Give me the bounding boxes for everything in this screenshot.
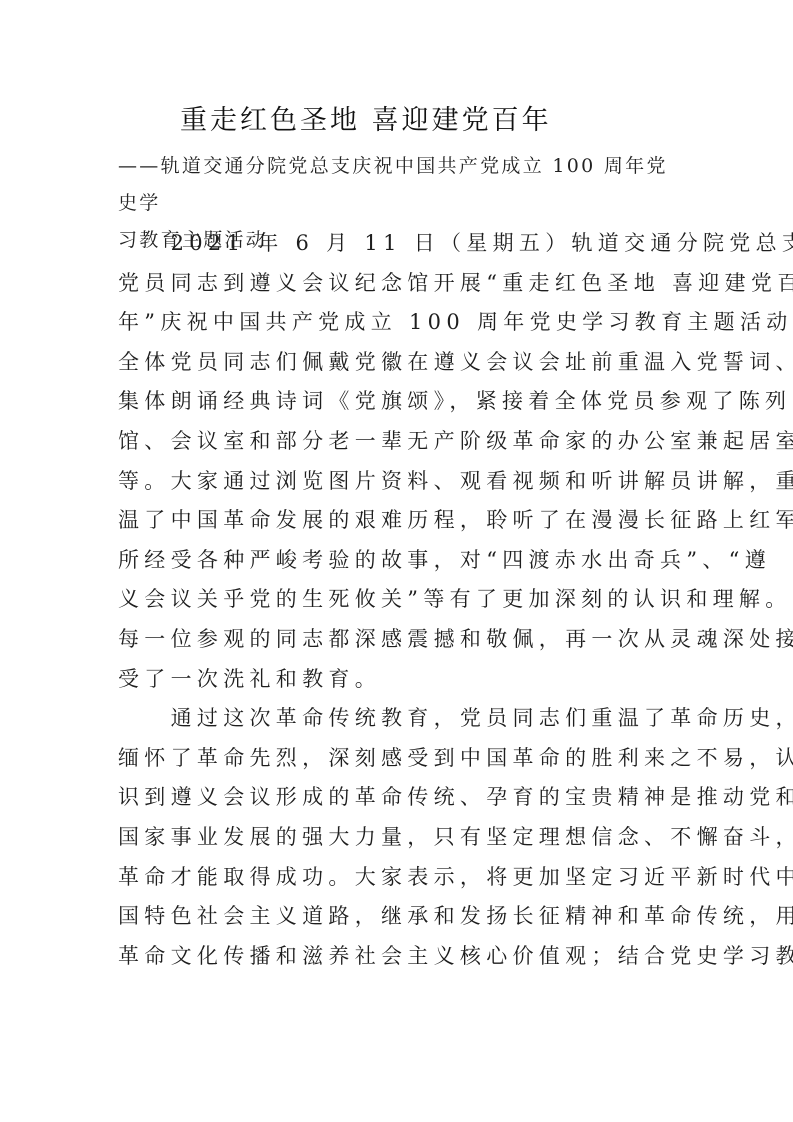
body-line: 革命文化传播和滋养社会主义核心价值观；结合党史学习教	[118, 937, 666, 977]
body-line: 国特色社会主义道路，继承和发扬长征精神和革命传统，用	[118, 897, 666, 937]
body-line: 全体党员同志们佩戴党徽在遵义会议会址前重温入党誓词、	[118, 343, 666, 383]
body-line: 识到遵义会议形成的革命传统、孕育的宝贵精神是推动党和	[118, 778, 666, 818]
body-line: 年”庆祝中国共产党成立 100 周年党史学习教育主题活动。	[118, 303, 666, 343]
body-line: 党员同志到遵义会议纪念馆开展“重走红色圣地 喜迎建党百	[118, 264, 666, 304]
body-line: 集体朗诵经典诗词《党旗颂》，紧接着全体党员参观了陈列	[118, 382, 666, 422]
body-line: 受了一次洗礼和教育。	[118, 660, 666, 700]
subtitle-line: ——轨道交通分院党总支庆祝中国共产党成立 100 周年党史学	[118, 148, 678, 222]
document-body: 2021 年 6 月 11 日（星期五）轨道交通分院党总支 26 名 党员同志到…	[118, 224, 666, 976]
body-line: 每一位参观的同志都深感震撼和敬佩，再一次从灵魂深处接	[118, 620, 666, 660]
body-line: 所经受各种严峻考验的故事，对“四渡赤水出奇兵”、“遵	[118, 541, 666, 581]
body-line: 革命才能取得成功。大家表示，将更加坚定习近平新时代中	[118, 858, 666, 898]
body-line: 馆、会议室和部分老一辈无产阶级革命家的办公室兼起居室	[118, 422, 666, 462]
body-line: 等。大家通过浏览图片资料、观看视频和听讲解员讲解，重	[118, 462, 666, 502]
body-line: 通过这次革命传统教育，党员同志们重温了革命历史，	[118, 699, 666, 739]
document-page: 重走红色圣地 喜迎建党百年 ——轨道交通分院党总支庆祝中国共产党成立 100 周…	[0, 0, 793, 1122]
document-title: 重走红色圣地 喜迎建党百年	[180, 98, 552, 137]
body-line: 2021 年 6 月 11 日（星期五）轨道交通分院党总支 26 名	[118, 224, 666, 264]
body-line: 温了中国革命发展的艰难历程，聆听了在漫漫长征路上红军	[118, 501, 666, 541]
body-line: 缅怀了革命先烈，深刻感受到中国革命的胜利来之不易，认	[118, 739, 666, 779]
body-line: 国家事业发展的强大力量，只有坚定理想信念、不懈奋斗，	[118, 818, 666, 858]
body-line: 义会议关乎党的生死攸关”等有了更加深刻的认识和理解。	[118, 580, 666, 620]
